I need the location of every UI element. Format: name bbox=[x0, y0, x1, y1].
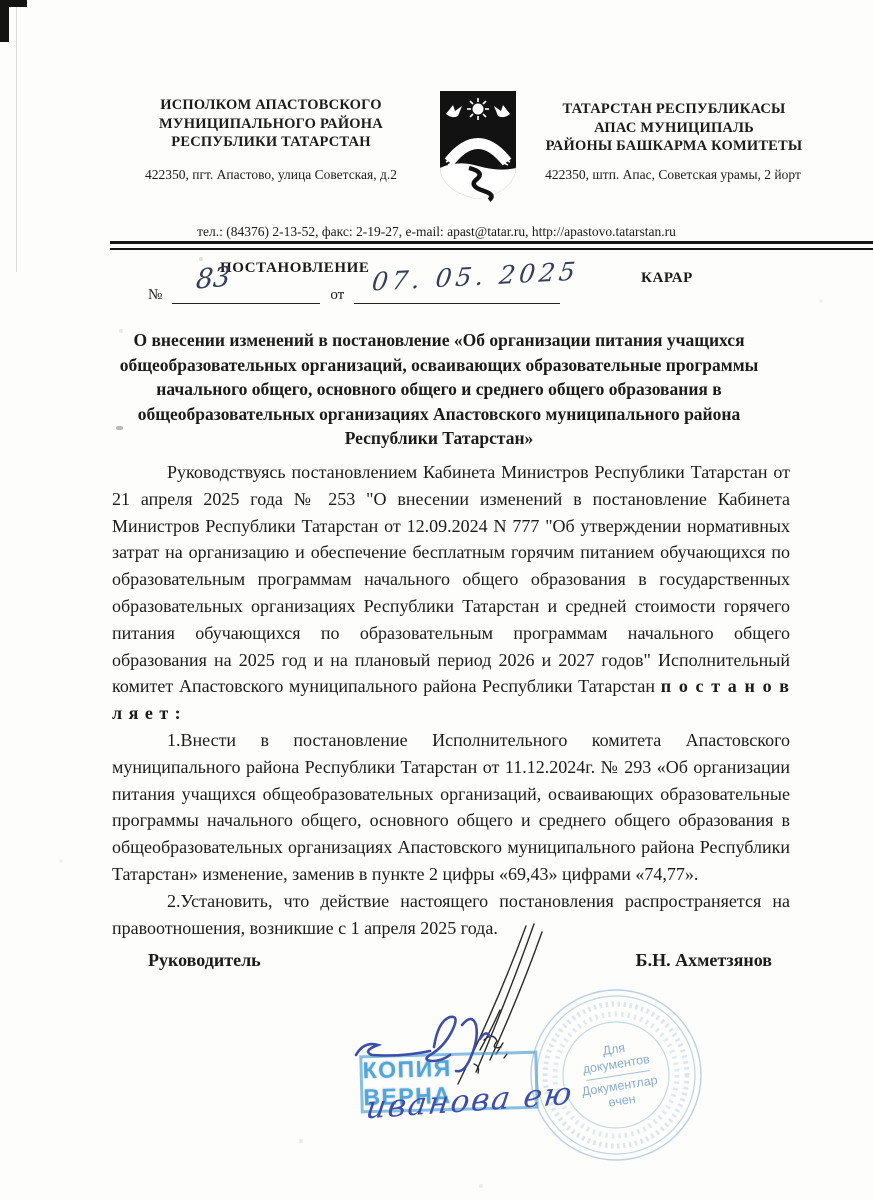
org-line: АПАС МУНИЦИПАЛЬ bbox=[528, 119, 820, 138]
coat-of-arms-emblem-icon bbox=[437, 88, 519, 202]
scanned-resolution-page: ИСПОЛКОМ АПАСТОВСКОГО МУНИЦИПАЛЬНОГО РАЙ… bbox=[0, 0, 873, 1200]
letterhead-left-address: 422350, пгт. Апастово, улица Советская, … bbox=[112, 167, 430, 183]
org-line: ТАТАРСТАН РЕСПУБЛИКАСЫ bbox=[528, 100, 820, 119]
contact-line: тел.: (84376) 2-13-52, факс: 2-19-27, e-… bbox=[0, 224, 873, 240]
document-title: О внесении изменений в постановление «Об… bbox=[103, 328, 775, 451]
org-line: РЕСПУБЛИКИ ТАТАРСТАН bbox=[120, 133, 422, 152]
scan-noise bbox=[0, 0, 2, 2]
header-divider bbox=[110, 241, 873, 250]
org-line: МУНИЦИПАЛЬНОГО РАЙОНА bbox=[120, 115, 422, 134]
letterhead-right-org: ТАТАРСТАН РЕСПУБЛИКАСЫ АПАС МУНИЦИПАЛЬ Р… bbox=[528, 100, 820, 156]
signer-name: Б.Н. Ахметзянов bbox=[636, 950, 772, 971]
preamble-text: Руководствуясь постановлением Кабинета М… bbox=[112, 462, 790, 696]
doc-type-ru: ПОСТАНОВЛЕНИЕ bbox=[220, 260, 370, 277]
signer-position: Руководитель bbox=[148, 950, 261, 971]
body-paragraph-item1: 1.Внести в постановление Исполнительного… bbox=[112, 727, 790, 888]
org-line: ИСПОЛКОМ АПАСТОВСКОГО bbox=[120, 96, 422, 115]
handwritten-number: 83 bbox=[195, 261, 232, 295]
scan-corner-artifact bbox=[0, 0, 27, 7]
letterhead-left-org: ИСПОЛКОМ АПАСТОВСКОГО МУНИЦИПАЛЬНОГО РАЙ… bbox=[120, 96, 422, 152]
number-label: № bbox=[148, 287, 162, 304]
org-line: РАЙОНЫ БАШКАРМА КОМИТЕТЫ bbox=[528, 137, 820, 156]
date-label: от bbox=[330, 287, 344, 304]
letterhead-right-address: 422350, штп. Апас, Советская урамы, 2 йо… bbox=[520, 167, 826, 183]
doc-type-tat: КАРАР bbox=[641, 270, 693, 287]
document-body: Руководствуясь постановлением Кабинета М… bbox=[112, 459, 790, 941]
body-paragraph-preamble: Руководствуясь постановлением Кабинета М… bbox=[112, 459, 790, 727]
